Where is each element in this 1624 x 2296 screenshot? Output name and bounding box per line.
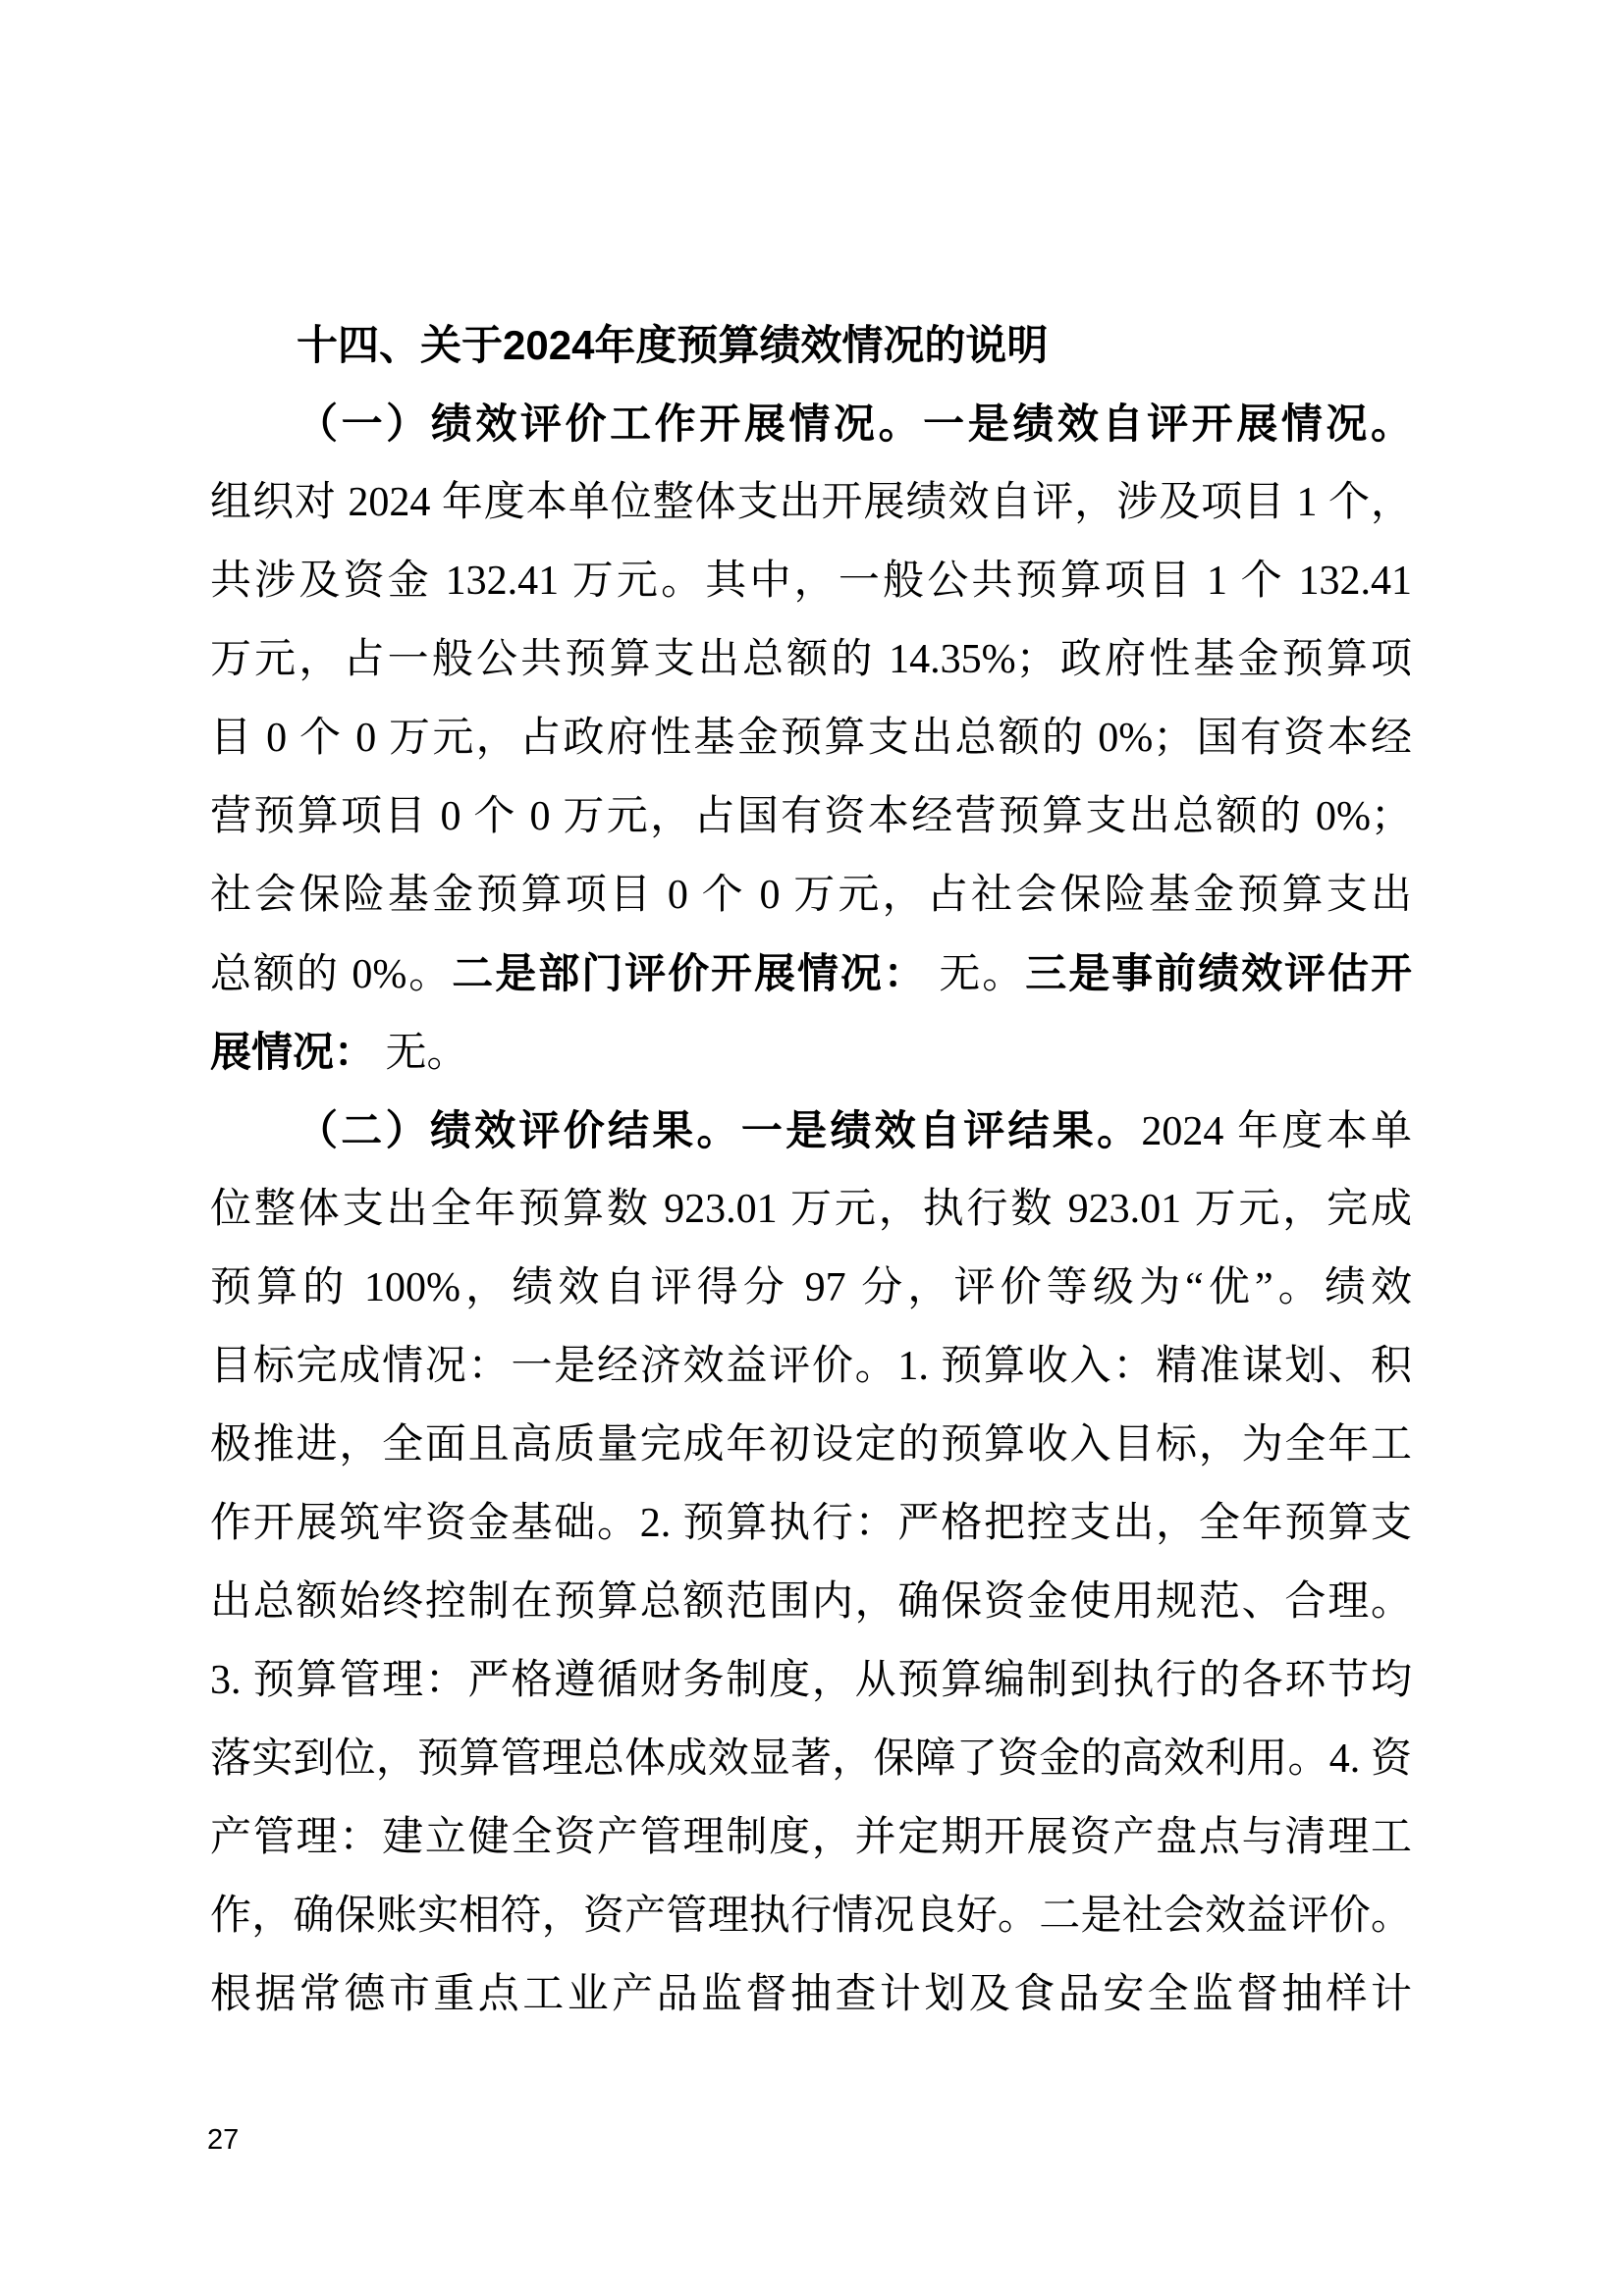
text-run: 总额的 0%。: [210, 952, 452, 997]
text-line: 目 0 个 0 万元，占政府性基金预算支出总额的 0%；国有资本经: [210, 699, 1412, 777]
text-line: 总额的 0%。二是部门评价开展情况： 无。三是事前绩效评估开: [210, 934, 1412, 1013]
document-body: 十四、关于2024年度预算绩效情况的说明（一）绩效评价工作开展情况。一是绩效自评…: [210, 306, 1412, 2034]
text-line: 作，确保账实相符，资产管理执行情况良好。二是社会效益评价。: [210, 1877, 1412, 1955]
document-page: 十四、关于2024年度预算绩效情况的说明（一）绩效评价工作开展情况。一是绩效自评…: [0, 0, 1624, 2296]
section-title: 十四、关于2024年度预算绩效情况的说明: [210, 306, 1412, 385]
page-number: 27: [207, 2122, 239, 2158]
text-run: 作，确保账实相符，资产管理执行情况良好。二是社会效益评价。: [210, 1894, 1412, 1939]
text-run: 无。: [927, 952, 1025, 997]
bold-text-run: （二）绩效评价结果。一是绩效自评结果。: [297, 1107, 1141, 1153]
text-run: 共涉及资金 132.41 万元。其中，一般公共预算项目 1 个 132.41: [210, 559, 1412, 604]
text-run: 目标完成情况：一是经济效益评价。1. 预算收入：精准谋划、积: [210, 1344, 1412, 1389]
text-line: 预算的 100%，绩效自评得分 97 分，评价等级为“优”。绩效: [210, 1249, 1412, 1327]
text-run: 出总额始终控制在预算总额范围内，确保资金使用规范、合理。: [210, 1579, 1412, 1625]
text-line: 社会保险基金预算项目 0 个 0 万元，占社会保险基金预算支出: [210, 856, 1412, 934]
text-line: 组织对 2024 年度本单位整体支出开展绩效自评，涉及项目 1 个，: [210, 463, 1412, 542]
text-run: 极推进，全面且高质量完成年初设定的预算收入目标，为全年工: [210, 1422, 1412, 1468]
text-run: 产管理：建立健全资产管理制度，并定期开展资产盘点与清理工: [210, 1815, 1412, 1860]
text-line: 位整体支出全年预算数 923.01 万元，执行数 923.01 万元，完成: [210, 1170, 1412, 1249]
text-run: 无。: [375, 1031, 468, 1076]
text-line: 万元，占一般公共预算支出总额的 14.35%；政府性基金预算项: [210, 620, 1412, 699]
bold-text-run: 二是部门评价开展情况：: [452, 950, 927, 996]
text-run: 营预算项目 0 个 0 万元，占国有资本经营预算支出总额的 0%；: [210, 794, 1412, 839]
text-line: 作开展筑牢资金基础。2. 预算执行：严格把控支出，全年预算支: [210, 1484, 1412, 1563]
text-run: 社会保险基金预算项目 0 个 0 万元，占社会保险基金预算支出: [210, 873, 1412, 918]
text-line: 共涉及资金 132.41 万元。其中，一般公共预算项目 1 个 132.41: [210, 542, 1412, 620]
text-run: 万元，占一般公共预算支出总额的 14.35%；政府性基金预算项: [210, 637, 1412, 682]
text-run: 2024 年度本单: [1141, 1109, 1412, 1154]
bold-text-run: 十四、关于2024年度预算绩效情况的说明: [297, 322, 1048, 368]
subsection-heading-2: （二）绩效评价结果。一是绩效自评结果。2024 年度本单: [210, 1092, 1412, 1170]
text-line: 目标完成情况：一是经济效益评价。1. 预算收入：精准谋划、积: [210, 1327, 1412, 1406]
text-run: 3. 预算管理：严格遵循财务制度，从预算编制到执行的各环节均: [210, 1658, 1412, 1703]
text-run: 作开展筑牢资金基础。2. 预算执行：严格把控支出，全年预算支: [210, 1501, 1412, 1546]
bold-text-run: 展情况：: [210, 1029, 375, 1075]
text-run: 预算的 100%，绩效自评得分 97 分，评价等级为“优”。绩效: [210, 1265, 1412, 1310]
text-run: 落实到位，预算管理总体成效显著，保障了资金的高效利用。4. 资: [210, 1736, 1412, 1782]
text-line: 根据常德市重点工业产品监督抽查计划及食品安全监督抽样计: [210, 1955, 1412, 2034]
text-run: 组织对 2024 年度本单位整体支出开展绩效自评，涉及项目 1 个，: [210, 480, 1412, 525]
text-run: 根据常德市重点工业产品监督抽查计划及食品安全监督抽样计: [210, 1972, 1412, 2017]
text-line: 营预算项目 0 个 0 万元，占国有资本经营预算支出总额的 0%；: [210, 777, 1412, 856]
text-line: 展情况： 无。: [210, 1013, 1412, 1092]
text-run: 位整体支出全年预算数 923.01 万元，执行数 923.01 万元，完成: [210, 1187, 1412, 1232]
text-run: 目 0 个 0 万元，占政府性基金预算支出总额的 0%；国有资本经: [210, 716, 1412, 761]
text-line: 出总额始终控制在预算总额范围内，确保资金使用规范、合理。: [210, 1563, 1412, 1641]
bold-text-run: （一）绩效评价工作开展情况。一是绩效自评开展情况。: [297, 400, 1412, 447]
subsection-heading-1: （一）绩效评价工作开展情况。一是绩效自评开展情况。: [210, 385, 1412, 463]
bold-text-run: 三是事前绩效评估开: [1025, 950, 1412, 996]
text-line: 3. 预算管理：严格遵循财务制度，从预算编制到执行的各环节均: [210, 1641, 1412, 1720]
text-line: 产管理：建立健全资产管理制度，并定期开展资产盘点与清理工: [210, 1798, 1412, 1877]
text-line: 极推进，全面且高质量完成年初设定的预算收入目标，为全年工: [210, 1406, 1412, 1484]
text-line: 落实到位，预算管理总体成效显著，保障了资金的高效利用。4. 资: [210, 1720, 1412, 1798]
